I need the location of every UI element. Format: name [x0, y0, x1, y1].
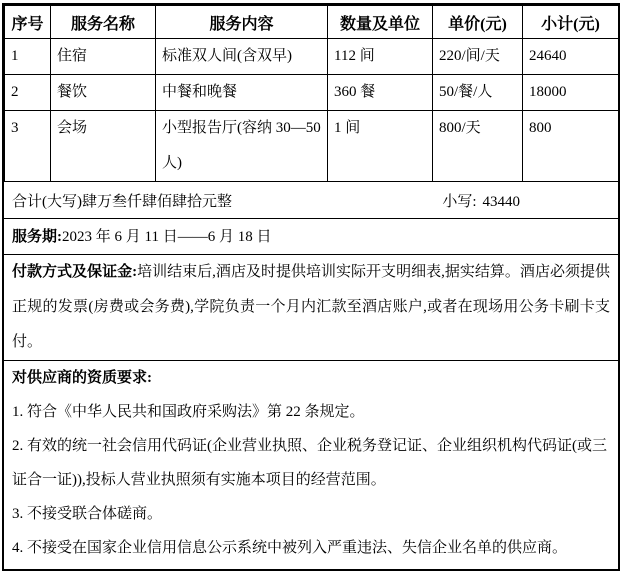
row-2-service-content: 中餐和晚餐	[156, 75, 328, 111]
qualification-item-2: 2. 有效的统一社会信用代码证(企业营业执照、企业税务登记证、企业组织机构代码证…	[12, 429, 610, 497]
row-3-no: 3	[5, 111, 51, 182]
table-row: 1 住宿 标准双人间(含双早) 112 间 220/间/天 24640	[5, 39, 619, 75]
row-3-unit-price: 800/天	[433, 111, 523, 182]
row-2-subtotal: 18000	[523, 75, 619, 111]
header-service-name: 服务名称	[51, 6, 156, 39]
table-header-row: 序号 服务名称 服务内容 数量及单位 单价(元) 小计(元)	[5, 6, 619, 39]
row-1-subtotal: 24640	[523, 39, 619, 75]
header-no: 序号	[5, 6, 51, 39]
qualification-item-4: 4. 不接受在国家企业信用信息公示系统中被列入严重违法、失信企业名单的供应商。	[12, 531, 610, 565]
header-service-content: 服务内容	[156, 6, 328, 39]
qualification-item-1: 1. 符合《中华人民共和国政府采购法》第 22 条规定。	[12, 395, 610, 429]
row-1-service-name: 住宿	[51, 39, 156, 75]
row-3-quantity: 1 间	[328, 111, 433, 182]
row-1-quantity: 112 间	[328, 39, 433, 75]
qualifications-section: 对供应商的资质要求: 1. 符合《中华人民共和国政府采购法》第 22 条规定。 …	[4, 360, 618, 569]
header-unit-price: 单价(元)	[433, 6, 523, 39]
row-1-no: 1	[5, 39, 51, 75]
payment-terms-section: 付款方式及保证金:培训结束后,酒店及时提供培训实际开支明细表,据实结算。酒店必须…	[4, 254, 618, 360]
header-quantity-unit: 数量及单位	[328, 6, 433, 39]
payment-terms-label: 付款方式及保证金:	[12, 264, 137, 280]
row-2-service-name: 餐饮	[51, 75, 156, 111]
table-row: 3 会场 小型报告厅(容纳 30—50 人) 1 间 800/天 800	[5, 111, 619, 182]
total-lowercase-value: 43440	[483, 194, 521, 210]
service-period-label: 服务期:	[12, 229, 62, 245]
row-2-no: 2	[5, 75, 51, 111]
row-2-unit-price: 50/餐/人	[433, 75, 523, 111]
quotation-document: 序号 服务名称 服务内容 数量及单位 单价(元) 小计(元) 1 住宿 标准双人…	[2, 3, 620, 571]
row-2-quantity: 360 餐	[328, 75, 433, 111]
total-uppercase-text: 合计(大写)肆万叁仟肆佰肆拾元整	[12, 190, 232, 211]
qualification-item-3: 3. 不接受联合体磋商。	[12, 497, 610, 531]
table-row: 2 餐饮 中餐和晚餐 360 餐 50/餐/人 18000	[5, 75, 619, 111]
row-3-service-name: 会场	[51, 111, 156, 182]
row-1-service-content: 标准双人间(含双早)	[156, 39, 328, 75]
service-period-row: 服务期:2023 年 6 月 11 日——6 月 18 日	[4, 218, 618, 254]
qualifications-title: 对供应商的资质要求:	[12, 361, 610, 395]
pricing-table: 序号 服务名称 服务内容 数量及单位 单价(元) 小计(元) 1 住宿 标准双人…	[4, 5, 619, 182]
row-3-service-content: 小型报告厅(容纳 30—50 人)	[156, 111, 328, 182]
row-1-unit-price: 220/间/天	[433, 39, 523, 75]
service-period-value: 2023 年 6 月 11 日——6 月 18 日	[62, 229, 271, 245]
total-row: 合计(大写)肆万叁仟肆佰肆拾元整 小写:43440	[4, 182, 618, 218]
header-subtotal: 小计(元)	[523, 6, 619, 39]
total-lowercase: 小写:43440	[442, 190, 520, 211]
row-3-subtotal: 800	[523, 111, 619, 182]
total-lowercase-label: 小写:	[442, 194, 476, 210]
